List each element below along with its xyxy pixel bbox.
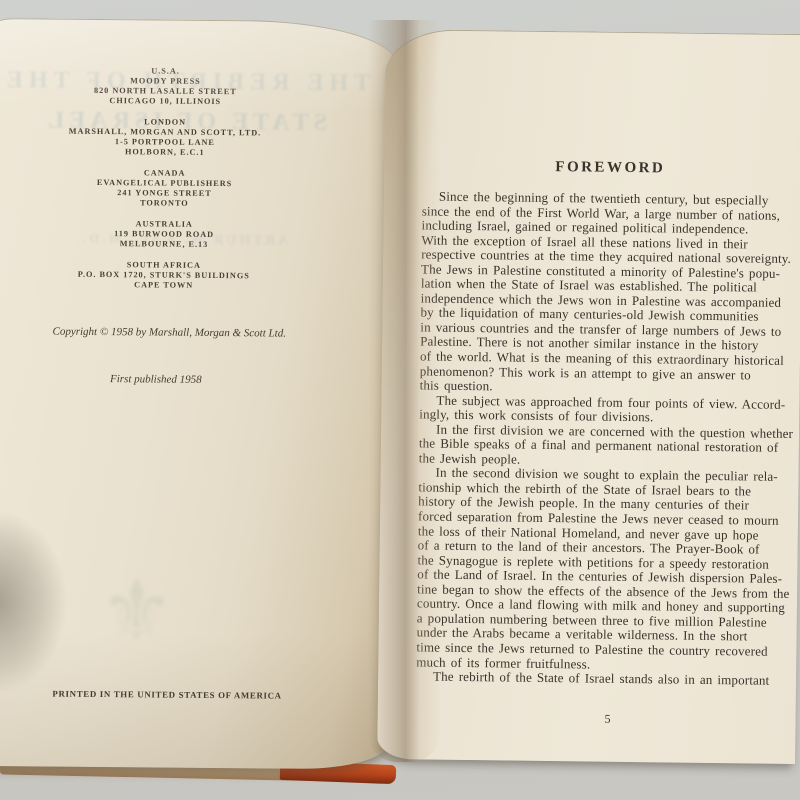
publisher-group: CANADAEVANGELICAL PUBLISHERS241 YONGE ST… xyxy=(46,168,282,210)
publisher-line: CHICAGO 10, ILLINOIS xyxy=(47,96,283,108)
foreword-page: FOREWORD Since the beginning of the twen… xyxy=(377,29,800,764)
text-line: The rebirth of the State of Israel stand… xyxy=(416,669,800,691)
page-number: 5 xyxy=(418,709,798,729)
first-published-line: First published 1958 xyxy=(11,372,301,387)
publisher-group: SOUTH AFRICAP.O. BOX 1720, STURK'S BUILD… xyxy=(46,260,282,292)
printed-in-usa-line: PRINTED IN THE UNITED STATES OF AMERICA xyxy=(22,688,312,701)
book-photo: THE REBIRTH OF THESTATE OF ISRAELARTHUR … xyxy=(0,0,800,800)
copyright-line: Copyright © 1958 by Marshall, Morgan & S… xyxy=(11,325,327,340)
bleed-through-emblem-icon: ⚜ xyxy=(98,568,174,653)
copyright-page: THE REBIRTH OF THESTATE OF ISRAELARTHUR … xyxy=(0,18,396,770)
publisher-group: LONDONMARSHALL, MORGAN AND SCOTT, LTD.1-… xyxy=(47,117,283,159)
publisher-group: U.S.A.MOODY PRESS820 NORTH LASALLE STREE… xyxy=(47,66,283,108)
publisher-group: AUSTRALIA119 BURWOOD ROADMELBOURNE, E.13 xyxy=(46,219,282,251)
foreword-lines: Since the beginning of the twentieth cen… xyxy=(416,189,800,691)
publisher-line: TORONTO xyxy=(46,198,282,210)
publisher-line: MELBOURNE, E.13 xyxy=(46,239,282,251)
publisher-line: CAPE TOWN xyxy=(46,280,282,292)
publisher-line: HOLBORN, E.C.1 xyxy=(47,147,283,159)
publisher-blocks: U.S.A.MOODY PRESS820 NORTH LASALLE STREE… xyxy=(46,66,284,303)
foreword-title: FOREWORD xyxy=(424,157,796,179)
